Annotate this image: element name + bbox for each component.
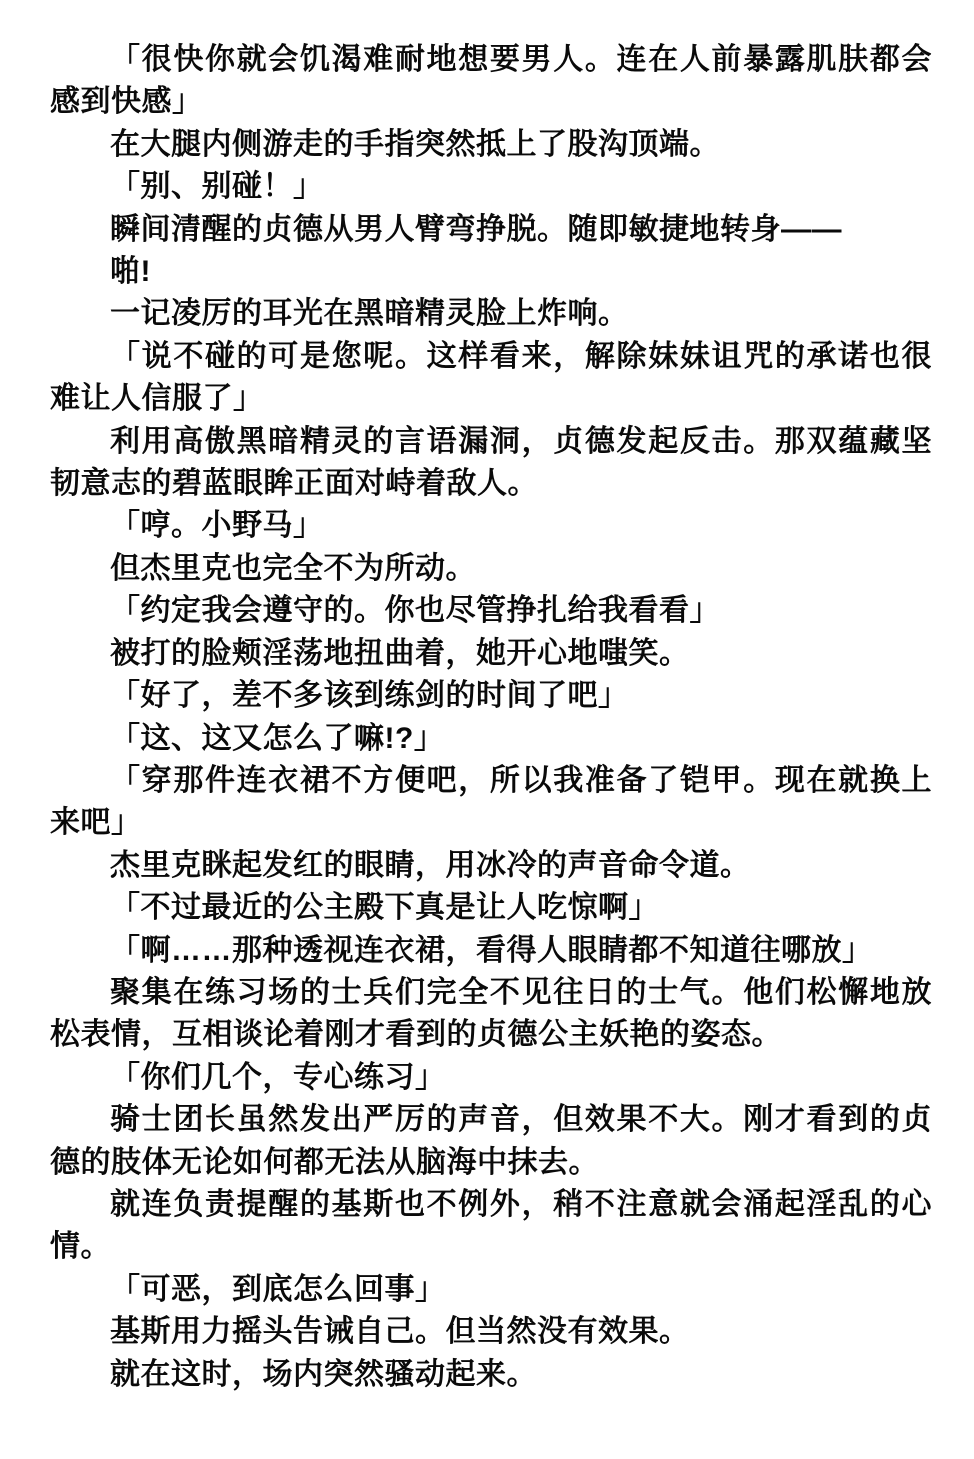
paragraph-text: 啪! (50, 251, 932, 293)
paragraph-text: 基斯用力摇头告诫自己。但当然没有效果。 (50, 1311, 932, 1353)
page-background: { "content": { "language": "zh-CN", "tex… (0, 0, 974, 1459)
paragraph-text: 就连负责提醒的基斯也不例外，稍不注意就会涌起淫乱的心情。 (50, 1184, 932, 1269)
paragraph-text: 但杰里克也完全不为所动。 (50, 548, 932, 590)
paragraph-text: 「很快你就会饥渴难耐地想要男人。连在人前暴露肌肤都会感到快感」 (50, 39, 932, 124)
paragraph-text: 杰里克眯起发红的眼睛，用冰冷的声音命令道。 (50, 845, 932, 887)
paragraph-text: 「你们几个，专心练习」 (50, 1057, 932, 1099)
paragraph-text: 在大腿内侧游走的手指突然抵上了股沟顶端。 (50, 124, 932, 166)
text-column: 「很快你就会饥渴难耐地想要男人。连在人前暴露肌肤都会感到快感」 在大腿内侧游走的… (50, 39, 932, 1396)
novel-page: 「很快你就会饥渴难耐地想要男人。连在人前暴露肌肤都会感到快感」 在大腿内侧游走的… (0, 0, 974, 1459)
paragraph-text: 「穿那件连衣裙不方便吧，所以我准备了铠甲。现在就换上来吧」 (50, 760, 932, 845)
paragraph-text: 「别、别碰！」 (50, 166, 932, 208)
paragraph-text: 利用高傲黑暗精灵的言语漏洞，贞德发起反击。那双蕴藏坚韧意志的碧蓝眼眸正面对峙着敌… (50, 421, 932, 506)
paragraph-text: 一记凌厉的耳光在黑暗精灵脸上炸响。 (50, 293, 932, 335)
paragraph-text: 「不过最近的公主殿下真是让人吃惊啊」 (50, 887, 932, 929)
paragraph-text: 就在这时，场内突然骚动起来。 (50, 1354, 932, 1396)
paragraph-text: 「可恶，到底怎么回事」 (50, 1269, 932, 1311)
paragraph-text: 「哼。小野马」 (50, 505, 932, 547)
paragraph-text: 「啊……那种透视连衣裙，看得人眼睛都不知道往哪放」 (50, 930, 932, 972)
paragraph-text: 瞬间清醒的贞德从男人臂弯挣脱。随即敏捷地转身—— (50, 209, 932, 251)
paragraph-text: 「说不碰的可是您呢。这样看来，解除妹妹诅咒的承诺也很难让人信服了」 (50, 336, 932, 421)
paragraph-text: 「约定我会遵守的。你也尽管挣扎给我看看」 (50, 590, 932, 632)
paragraph-text: 「这、这又怎么了嘛!?」 (50, 718, 932, 760)
paragraph-text: 聚集在练习场的士兵们完全不见往日的士气。他们松懈地放松表情，互相谈论着刚才看到的… (50, 972, 932, 1057)
paragraph-text: 「好了，差不多该到练剑的时间了吧」 (50, 675, 932, 717)
paragraph-text: 骑士团长虽然发出严厉的声音，但效果不大。刚才看到的贞德的肢体无论如何都无法从脑海… (50, 1099, 932, 1184)
paragraph-text: 被打的脸颊淫荡地扭曲着，她开心地嗤笑。 (50, 633, 932, 675)
